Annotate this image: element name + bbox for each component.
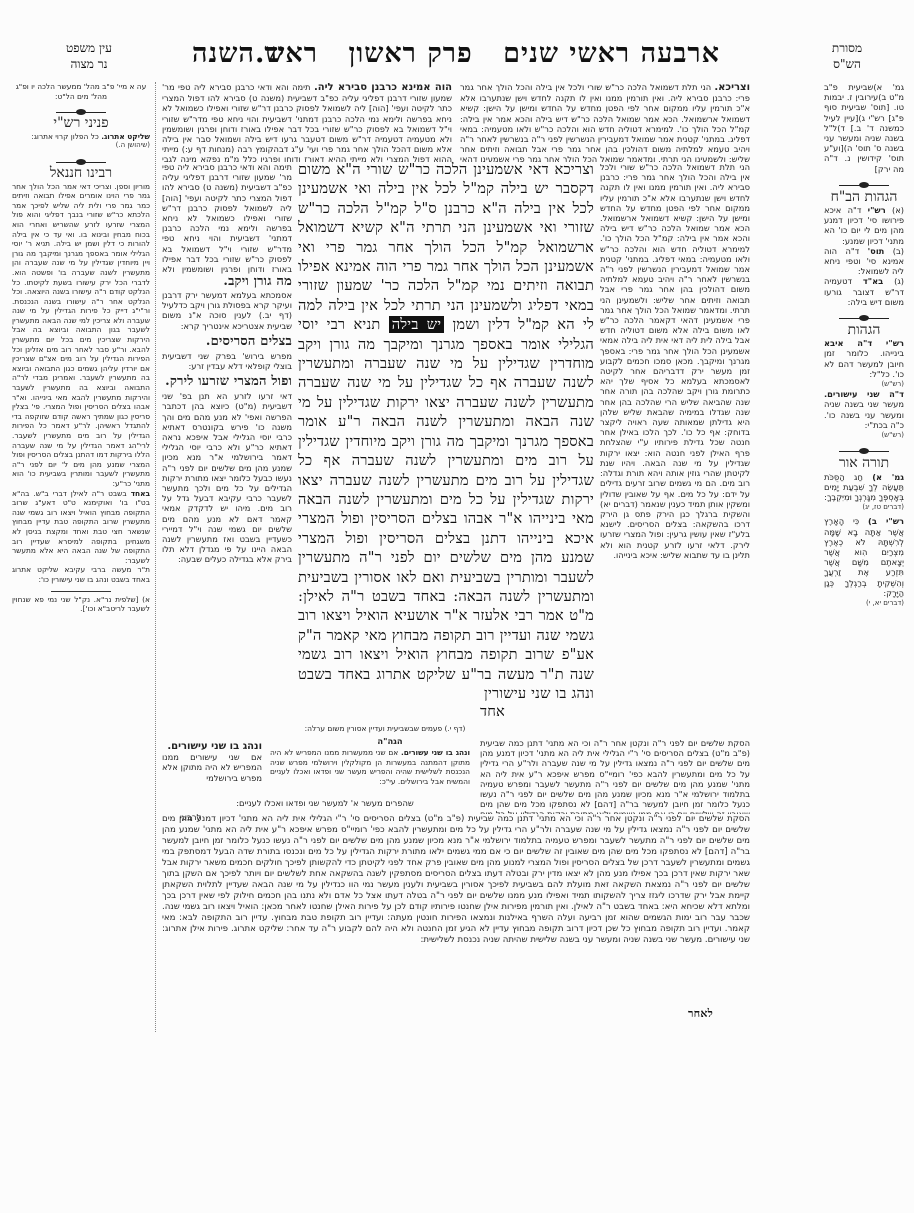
rabbeinu-chananel-title: רבינו חננאל <box>12 169 150 179</box>
tosafot-section: אסמכתא בעלמא דמעשר ירק דרבנן ועיקר קרא ב… <box>162 290 292 331</box>
ornament-divider-icon <box>56 159 106 165</box>
hagahot-habach-item: (ב) תוס' ד"ה הוה אמינא סי' וטפי ניחא ליה… <box>824 246 904 277</box>
hagaha-title: הגה"ה <box>330 736 450 746</box>
torah-or-item: רש"י ב) כִּי הָאָרֶץ אֲשֶׁר אַתָּה בָא ש… <box>824 516 904 608</box>
tosafot-dh: בצלים הסריסים. <box>162 333 292 351</box>
daf-number: יד. <box>255 38 284 69</box>
mesoret-hashas: גמ' א)שביעית פ"ב מ"ט ב)עירובין ז. יבמות … <box>824 82 904 174</box>
tosafot-top: הוה אמינא כרבנן סבירא ליה. תימה והא ודאי… <box>162 82 452 162</box>
left-margin: עה א מיי' פ"ב מהל' ממעשר הלכה יו ופ"ג מה… <box>12 82 150 982</box>
rabbeinu-chananel-section: ת"ר מעשה ברבי עקיבא שליקט אתרוג באחד בשב… <box>12 565 150 584</box>
rashi-bottom-right: הסקת שלשים יום לפני ר"ה ונקטן אחר ר"ה וכ… <box>480 738 750 814</box>
rashi-text: הני תלת דשמואל הלכה כר"ש שורי ולכל אין ב… <box>460 82 750 162</box>
hagahot-item: ד"ה שני עישורים. מעשר שני בשנה שניה ומעש… <box>824 389 904 440</box>
hagahot-title: הגהות <box>824 325 904 335</box>
ornament-divider-icon <box>56 109 106 115</box>
tosafot-opening: הוה אמינא כרבנן סבירא ליה. <box>314 82 452 93</box>
rabbeinu-chananel-text: מוריון וספן. וצריכי דאי אמר הכל הולך אחר… <box>12 182 150 489</box>
rashi-bottom-full: הסקת שלשים יום לפני ר"ה ונקטן אחר ר"ה וכ… <box>162 814 750 1032</box>
right-margin: גמ' א)שביעית פ"ב מ"ט ב)עירובין ז. יבמות … <box>824 82 904 608</box>
gemara-highlighted-phrase[interactable]: יש בילה <box>389 316 445 333</box>
footnote-divider <box>51 591 111 592</box>
page-header-title: ארבעה ראשי שנים פרק ראשון ראש השנה <box>300 38 730 69</box>
torah-or-title: תורה אור <box>824 458 904 468</box>
rashi-continuation: הסקת שלשים יום לפני ר"ה ונקטן אחר ר"ה וכ… <box>480 738 750 814</box>
tosafot-column: תימה והא ודאי כרבנן סבירא ליה טפי מר' שמ… <box>162 162 292 722</box>
rabbeinu-chananel-footnote: א) [שלפית נר"א. נק"ל שני נמי פא שנחוין ל… <box>12 595 150 614</box>
hagahot-habach-item: (א) רש"י ד"ה איכא פירושו סי' דכיון דמנע … <box>824 205 904 246</box>
ein-mishpat: עה א מיי' פ"ב מהל' ממעשר הלכה יו ופ"ג מה… <box>12 82 150 101</box>
rashi-catchword: לאחר <box>688 1004 713 1023</box>
left-margin-rule <box>155 82 156 1032</box>
chapter-title: ארבעה ראשי שנים <box>503 38 720 69</box>
rashi-column: הני תלת דשמואל הלכה כר"ש שורי ולכל אין ב… <box>600 162 750 734</box>
gemara-catchword: אחד <box>480 702 505 721</box>
hagaha-tail: שהפרים מעשר א' למעשר שני ופדאו ואכלו לענ… <box>180 798 470 808</box>
ornament-divider-icon <box>839 182 889 188</box>
mesoret-hashas-title: מסורת הש"ס <box>802 40 892 72</box>
rashi-top: וצריכא. הני תלת דשמואל הלכה כר"ש שורי ול… <box>460 82 750 162</box>
tosafot-side-note: ונהג בו שני עישורים. אם שני עישורים ממנו… <box>162 742 262 800</box>
hagaha-box: ונהג בו שני עשורים. אם שני ממעשרות ממנו … <box>270 748 470 798</box>
tosafot-section: דאי זרעו לזרע הא תנן בפ' שני דשביעית (מ"… <box>162 391 292 564</box>
ornament-divider-icon <box>839 315 889 321</box>
hagahot-habach-title: הגהות הב"ח <box>824 192 904 202</box>
pninei-rashi-title: פניני רש"י <box>12 119 150 129</box>
gemara-text-continued: תניא רבי יוסי הגלילי אומר באספך מגרנך ומ… <box>298 316 594 702</box>
pninei-rashi-text: שליקט אתרוג. כל הפלון קרוי אתרוג:(שיהושן… <box>12 132 150 151</box>
tosafot-tail: (דף י.) פעמים שבשביעית ועדיין אסורין משו… <box>300 724 470 734</box>
tosafot-dh: ופול המצרי שזרעו לירק. <box>162 373 292 391</box>
ornament-divider-icon <box>839 448 889 454</box>
perek-label: פרק ראשון <box>348 38 472 69</box>
gemara-main-text: וצריכא דאי אשמעינן הלכה כר"ש שורי ה"א מש… <box>298 160 594 720</box>
tosafot-dh: מה גורן ויקב. <box>162 274 292 290</box>
torah-or-item: גמ' א) חַג הַסֻּכֹּת תַּעֲשֶׂה לְךָ שִׁב… <box>824 472 904 513</box>
hagahot-item: רש"י ד"ה איבא בינייהו. כלומר זמן חיובן ל… <box>824 338 904 389</box>
rabbeinu-chananel-section: באחד בשבט ר"ה לאילן דברי ב"ש. בה"א בט"ו … <box>12 489 150 566</box>
gemara-text: וצריכא דאי אשמעינן הלכה כר"ש שורי ה"א מש… <box>298 161 594 333</box>
hagaha-dh: ונהג בו שני עשורים. <box>401 748 470 757</box>
rashi-text-continued: הני תלת דשמואל הלכה כר"ש שורי ולכל אין ב… <box>600 162 750 560</box>
tosafot-text: תימה והא ודאי כרבנן סבירא ליה טפי מר' שמ… <box>162 82 452 162</box>
tosafot-text-continued: תימה והא ודאי כרבנן סבירא ליה טפי מר' שמ… <box>162 162 292 274</box>
tosafot-section: מפרש בירוש' בפרק שני דשביעית בוצלי קופלא… <box>162 351 292 371</box>
hagahot-habach-item: (ג) בא"ד דטעמיה דר"ש דצובר גורעו משום די… <box>824 276 904 307</box>
ein-mishpat-title: עין משפט נר מצוה <box>44 40 134 72</box>
rashi-opening: וצריכא. <box>714 82 750 93</box>
rashi-continuation-full: הסקת שלשים יום לפני ר"ה ונקטן אחר ר"ה וכ… <box>162 814 750 945</box>
